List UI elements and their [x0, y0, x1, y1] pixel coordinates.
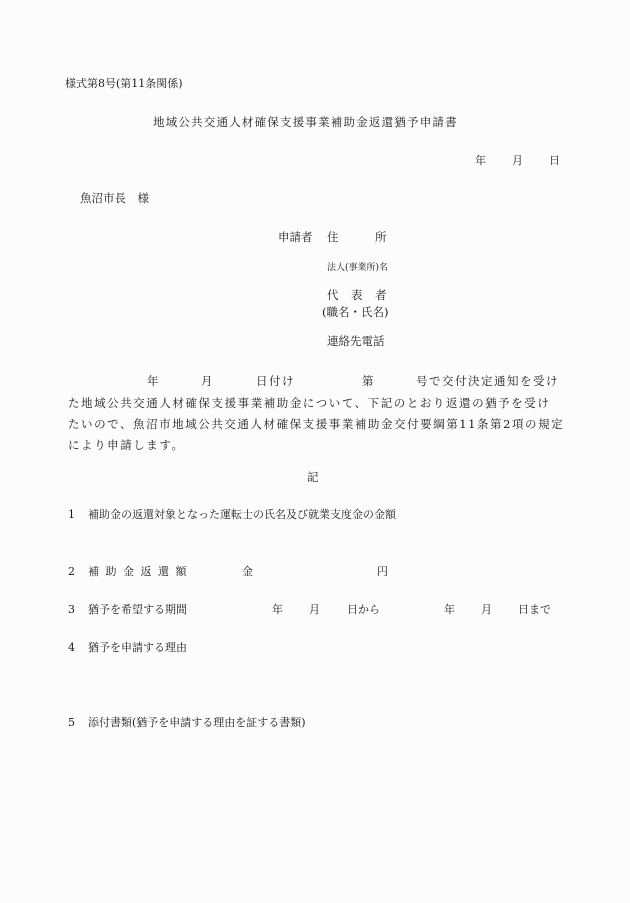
period-from-month: 月 — [309, 604, 320, 615]
period-to-month: 月 — [481, 604, 492, 615]
item-number: 2 — [68, 566, 88, 577]
representative-label-3: 者 — [375, 290, 387, 302]
item-number: 5 — [68, 717, 88, 728]
address-label-2: 所 — [375, 232, 387, 244]
date-day-label: 日 — [549, 155, 560, 166]
address-label-1: 住 — [327, 232, 339, 244]
amount-prefix: 金 — [242, 566, 253, 577]
amount-suffix: 円 — [377, 566, 388, 577]
form-number: 様式第8号(第11条関係) — [65, 78, 183, 89]
representative-note: (職名・氏名) — [322, 307, 388, 319]
item-label: 猶予を申請する理由 — [88, 641, 187, 654]
item-4: 4猶予を申請する理由 — [68, 642, 187, 653]
document-title: 地域公共交通人材確保支援事業補助金返還猶予申請書 — [153, 117, 458, 129]
representative-label-2: 表 — [351, 290, 363, 302]
representative-label-1: 代 — [327, 290, 339, 302]
notice-year-label: 年 — [147, 376, 159, 388]
addressee: 魚沼市長 様 — [80, 193, 149, 205]
item-number: 4 — [68, 642, 88, 653]
body-line-2: た地域公共交通人材確保支援事業補助金について、下記のとおり返還の猶予を受け — [68, 398, 550, 410]
applicant-label: 申請者 — [278, 232, 313, 244]
period-to-day: 日まで — [518, 604, 551, 615]
item-1: 1補助金の返還対象となった運転士の氏名及び就業支度金の金額 — [68, 509, 396, 520]
notice-number-prefix: 第 — [362, 376, 374, 388]
date-month-label: 月 — [512, 155, 523, 166]
item-number: 1 — [68, 509, 88, 520]
body-line-3: たいので、魚沼市地域公共交通人材確保支援事業補助金交付要綱第11条第2項の規定 — [68, 419, 564, 431]
item-label: 猶予を希望する期間 — [88, 603, 187, 616]
period-from-day: 日から — [347, 604, 380, 615]
corporation-label: 法人(事業所)名 — [327, 264, 388, 273]
item-label: 添付書類(猶予を申請する理由を証する書類) — [88, 716, 306, 729]
ki-heading: 記 — [307, 472, 319, 484]
notice-day-label: 日付け — [256, 376, 295, 388]
item-5: 5添付書類(猶予を申請する理由を証する書類) — [68, 717, 306, 728]
date-year-label: 年 — [475, 155, 486, 166]
item-label: 補助金返還額 — [88, 565, 193, 578]
period-to-year: 年 — [444, 604, 455, 615]
item-label: 補助金の返還対象となった運転士の氏名及び就業支度金の金額 — [88, 508, 396, 521]
item-number: 3 — [68, 604, 88, 615]
notice-month-label: 月 — [201, 376, 213, 388]
notice-number-rest: 号で交付決定通知を受け — [416, 376, 559, 388]
phone-label: 連絡先電話 — [327, 336, 385, 348]
period-from-year: 年 — [272, 604, 283, 615]
body-line-4: により申請します。 — [68, 440, 185, 452]
